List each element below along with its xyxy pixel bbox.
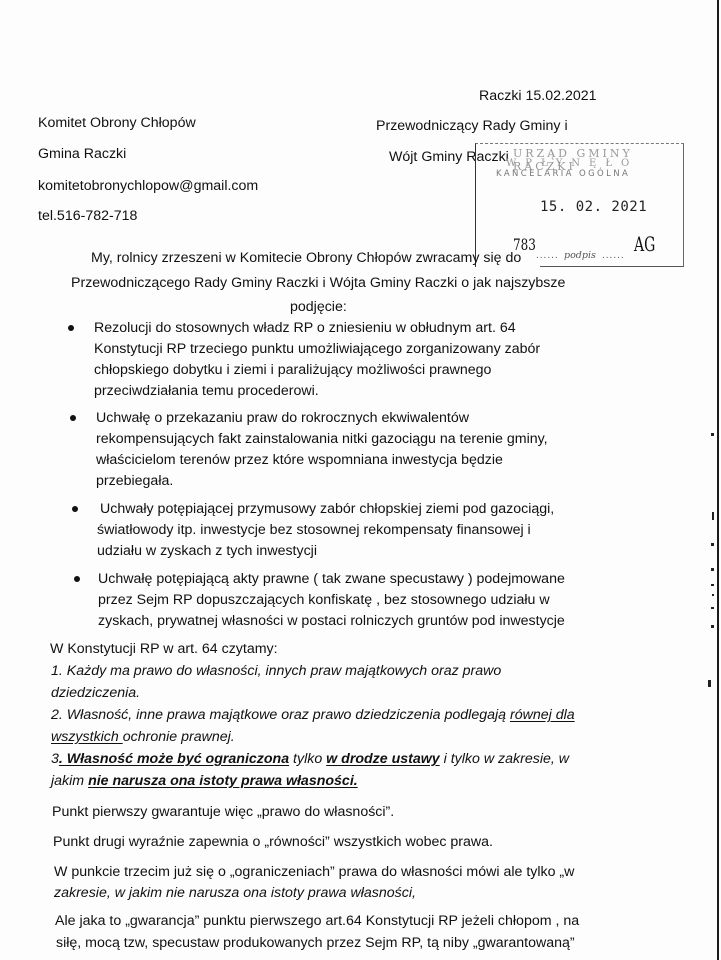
bullet-icon [72, 506, 78, 512]
scan-artifact [711, 625, 714, 628]
scanned-letter-page: Raczki 15.02.2021 Komitet Obrony Chłopów… [0, 0, 721, 960]
bullet-text: Rezolucji do stosownych władz RP o znies… [94, 319, 516, 337]
stamp-date: 15. 02. 2021 [540, 199, 647, 215]
sender-phone: tel.516-782-718 [38, 207, 137, 225]
stamp-initials: AG [634, 232, 655, 256]
sender-gmina: Gmina Raczki [38, 145, 126, 163]
article-point-3-cont: jakim nie narusza ona istoty prawa własn… [51, 772, 358, 790]
bullet-text: Uchwałę potępiającą akty prawne ( tak zw… [98, 570, 565, 588]
bullet-text: rekompensujących fakt zainstalowania nit… [96, 430, 548, 448]
intro-line-2: Przewodniczącego Rady Gminy Raczki i Wój… [71, 274, 565, 292]
scan-artifact [711, 543, 714, 546]
article-point-3: 3. Własność może być ograniczona tylko w… [51, 750, 569, 768]
commentary-3: W punkcie trzecim już się o „ograniczeni… [54, 863, 574, 881]
text: i tylko w zakresie, w [440, 751, 569, 767]
commentary-1: Punkt pierwszy gwarantuje więc „prawo do… [52, 803, 394, 821]
bullet-text: udziału w zyskach z tych inwestycji [97, 542, 317, 560]
stamp-dots: ...... [602, 250, 625, 261]
underlined-text: równej dla [510, 707, 575, 723]
scan-artifact [712, 594, 714, 596]
text: jakim [51, 773, 88, 789]
bullet-text: Uchwałę o przekazaniu praw do rokrocznyc… [96, 409, 469, 427]
article-point-2-cont: wszystkich ochronie prawnej. [51, 728, 235, 746]
text: ochronie prawnej. [123, 729, 235, 745]
stamp-signature-label: podpis [564, 250, 596, 261]
intro-line-1: My, rolnicy zrzeszeni w Komitecie Obrony… [91, 249, 521, 267]
commentary-3-cont: zakresie, w jakim nie narusza ona istoty… [54, 884, 416, 902]
text: tylko [289, 751, 326, 767]
bullet-icon [74, 576, 80, 582]
text: 3 [51, 751, 59, 767]
sender-org: Komitet Obrony Chłopów [38, 114, 196, 132]
commentary-2: Punkt drugi wyraźnie zapewnia o „równośc… [53, 833, 493, 851]
scan-artifact [711, 433, 714, 436]
intro-line-3: podjęcie: [290, 298, 347, 316]
stamp-department: KANCELARIA OGÓLNA [496, 169, 630, 179]
underlined-text: nie narusza ona istoty prawa własności. [88, 773, 358, 789]
bullet-text: światłowody itp. inwestycje bez stosowne… [97, 521, 531, 539]
article-point-1-cont: dziedziczenia. [51, 684, 140, 702]
scan-edge-line [717, 0, 719, 960]
underlined-text: wszystkich [51, 729, 123, 745]
sender-email: komitetobronychlopow@gmail.com [38, 177, 258, 195]
recipient-line-1: Przewodniczący Rady Gminy i [376, 117, 568, 135]
bullet-text: przeciwdziałania temu procederowi. [94, 382, 319, 400]
commentary-4: Ale jaka to „gwarancja” punktu pierwszeg… [55, 912, 579, 930]
scan-artifact [711, 568, 714, 571]
scan-artifact [712, 512, 714, 520]
scan-artifact [711, 607, 714, 609]
underlined-text: w drodze ustawy [326, 751, 440, 767]
bullet-text: przebiegała. [96, 472, 173, 490]
date-line: Raczki 15.02.2021 [479, 87, 597, 105]
article-point-2: 2. Własność, inne prawa majątkowe oraz p… [51, 706, 575, 724]
bullet-text: Uchwały potępiającej przymusowy zabór ch… [100, 500, 554, 518]
bullet-text: Konstytucji RP trzeciego punktu umożliwi… [94, 340, 540, 358]
scan-artifact [708, 680, 711, 687]
stamp-dots: ...... [536, 250, 559, 261]
bullet-text: właścicielom terenów przez które wspomni… [96, 451, 503, 469]
bullet-text: chłopskiego dobytku i ziemi i paraliżują… [94, 361, 491, 379]
scan-artifact [711, 584, 714, 586]
bullet-text: zyskach, prywatnej własności w postaci r… [98, 612, 565, 630]
constitution-heading: W Konstytucji RP w art. 64 czytamy: [50, 640, 278, 658]
article-point-1: 1. Każdy ma prawo do własności, innych p… [51, 662, 501, 680]
bullet-icon [68, 325, 74, 331]
stamp-bottom-border [540, 266, 683, 267]
stamp-received: WPŁYNĘŁO [506, 158, 638, 169]
text: 2. Własność, inne prawa majątkowe oraz p… [51, 707, 510, 723]
underlined-text: . Własność może być ograniczona [59, 751, 289, 767]
bullet-icon [70, 415, 76, 421]
commentary-4-cont: siłę, mocą tzw, specustaw produkowanych … [56, 934, 575, 952]
bullet-text: przez Sejm RP dopuszczających konfiskatę… [98, 591, 550, 609]
